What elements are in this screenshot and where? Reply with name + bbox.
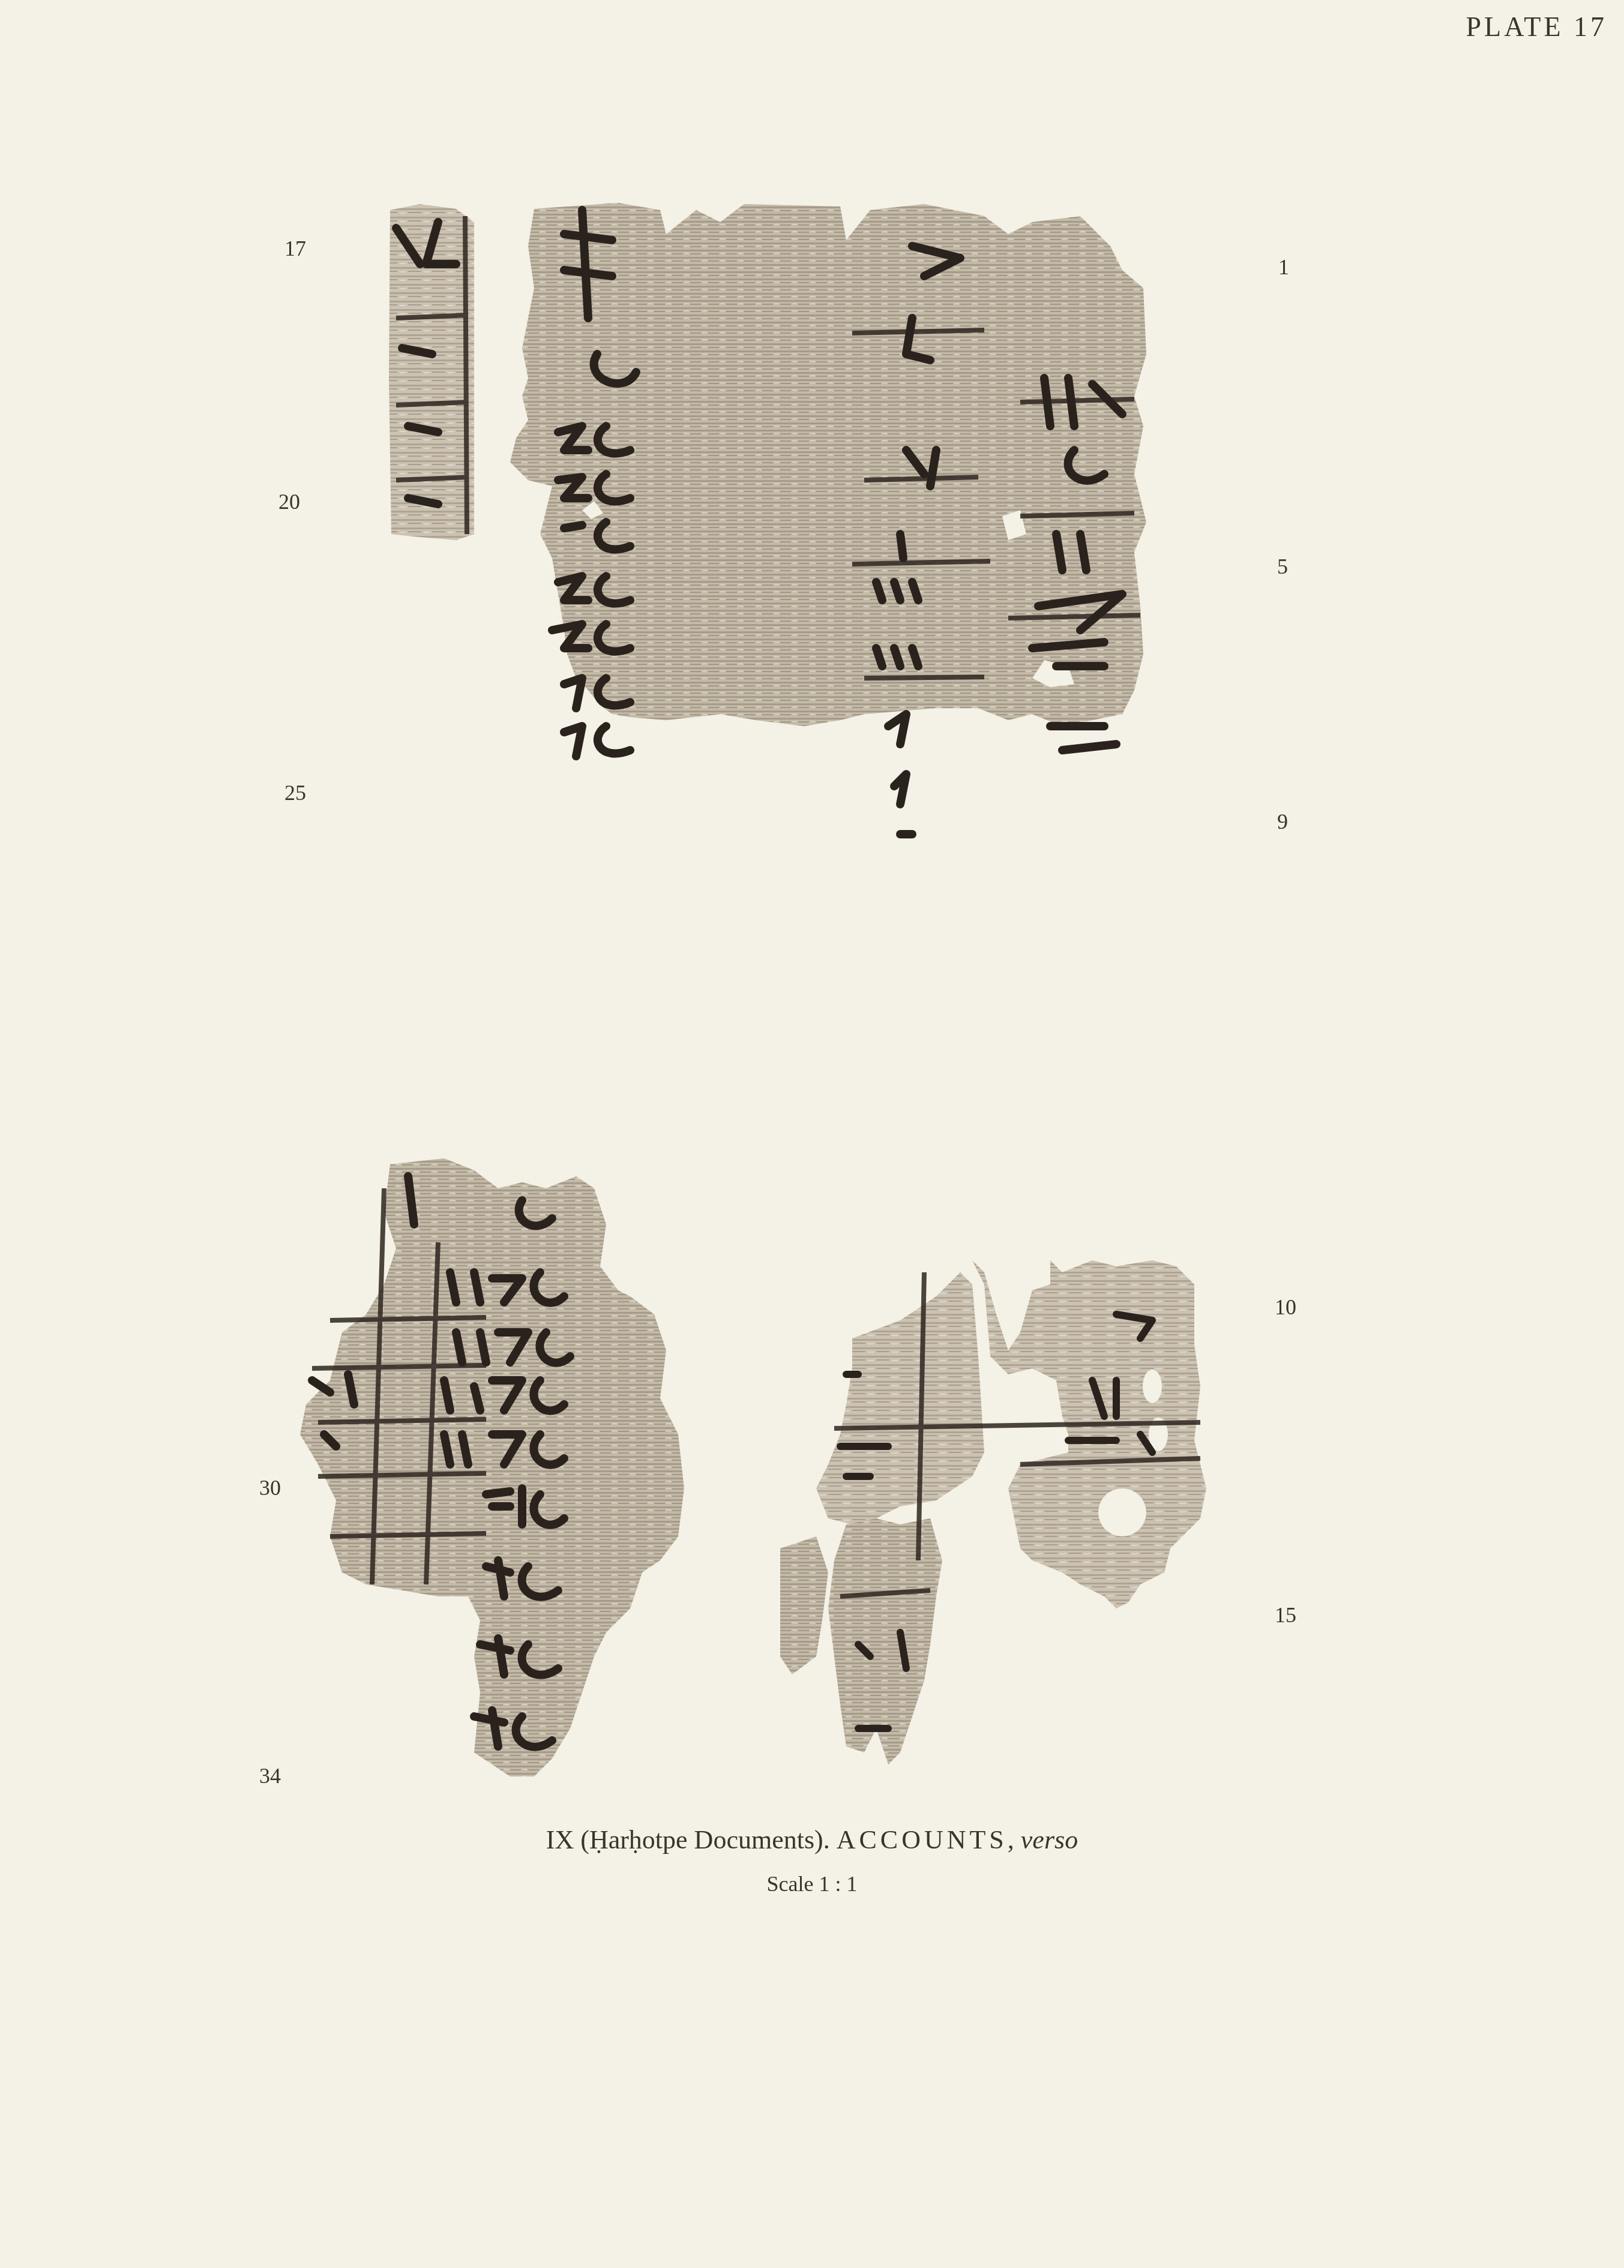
line-number-17: 17 — [284, 236, 306, 261]
caption-prefix: IX (Ḥarḥotpe Documents). — [546, 1825, 837, 1854]
plate-caption: IX (Ḥarḥotpe Documents). ACCOUNTS, verso — [0, 1824, 1624, 1855]
line-number-15: 15 — [1275, 1602, 1296, 1628]
papyrus-fragment-lower-right — [780, 1236, 1248, 1776]
papyrus-upper-image — [384, 198, 1248, 846]
papyrus-lower-right-image — [780, 1236, 1248, 1776]
line-number-1: 1 — [1278, 254, 1289, 280]
line-number-5: 5 — [1277, 554, 1288, 579]
caption-side: verso — [1021, 1825, 1078, 1854]
line-number-10: 10 — [1275, 1295, 1296, 1320]
line-number-9: 9 — [1277, 809, 1288, 834]
line-number-25: 25 — [284, 780, 306, 805]
papyrus-fragment-lower-left — [294, 1152, 786, 1788]
scale-label: Scale 1 : 1 — [0, 1871, 1624, 1897]
caption-title: ACCOUNTS — [837, 1825, 1008, 1854]
line-number-30: 30 — [259, 1475, 281, 1500]
line-number-34: 34 — [259, 1763, 281, 1788]
caption-separator: , — [1008, 1825, 1021, 1854]
papyrus-fragment-upper — [384, 198, 1248, 846]
plate-number: PLATE 17 — [1466, 11, 1608, 43]
papyrus-lower-left-image — [294, 1152, 786, 1788]
line-number-20: 20 — [278, 489, 300, 514]
